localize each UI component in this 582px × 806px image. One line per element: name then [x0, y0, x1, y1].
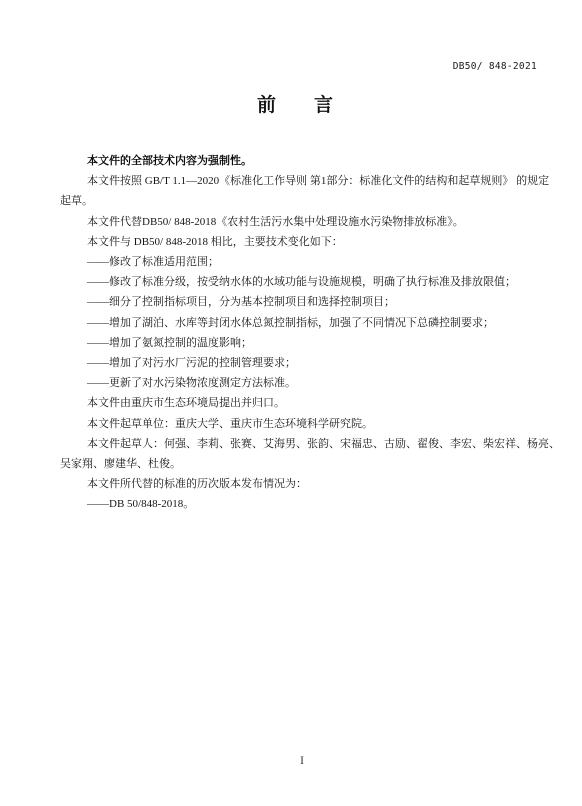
- document-page: DB50/ 848-2021 前 言 本文件的全部技术内容为强制性。 本文件按照…: [0, 0, 582, 806]
- foreword-line: ——修改了标准适用范围；: [60, 252, 540, 272]
- page-number: I: [0, 755, 582, 767]
- foreword-line: 本文件所代替的标准的历次版本发布情况为：: [60, 474, 540, 494]
- foreword-body: 本文件的全部技术内容为强制性。 本文件按照 GB/T 1.1—2020《标准化工…: [60, 151, 540, 515]
- foreword-line: 本文件代替DB50/ 848-2018《农村生活污水集中处理设施水污染物排放标准…: [60, 212, 540, 232]
- foreword-line: ——更新了对水污染物浓度测定方法标准。: [60, 373, 540, 393]
- foreword-line: 本文件由重庆市生态环境局提出并归口。: [60, 393, 540, 413]
- foreword-line: 本文件按照 GB/T 1.1—2020《标准化工作导则 第1部分：标准化文件的结…: [60, 171, 540, 191]
- foreword-line: 本文件起草单位：重庆大学、重庆市生态环境科学研究院。: [60, 414, 540, 434]
- foreword-line: ——修改了标准分级，按受纳水体的水域功能与设施规模，明确了执行标准及排放限值；: [60, 272, 540, 292]
- foreword-line: ——细分了控制指标项目，分为基本控制项目和选择控制项目；: [60, 292, 540, 312]
- foreword-line: 本文件起草人：何强、李莉、张赛、艾海男、张韵、宋福忠、古励、翟俊、李宏、柴宏祥、…: [60, 434, 540, 454]
- foreword-line: 本文件与 DB50/ 848-2018 相比，主要技术变化如下：: [60, 232, 540, 252]
- foreword-line: ——增加了湖泊、水库等封闭水体总氮控制指标，加强了不同情况下总磷控制要求；: [60, 313, 540, 333]
- page-title: 前 言: [0, 96, 582, 116]
- foreword-line: 起草。: [60, 191, 540, 211]
- foreword-line: 吴家翔、廖建华、杜俊。: [60, 454, 540, 474]
- foreword-line: ——DB 50/848-2018。: [60, 494, 540, 514]
- foreword-line: ——增加了对污水厂污泥的控制管理要求；: [60, 353, 540, 373]
- standard-code-header: DB50/ 848-2021: [0, 61, 537, 72]
- foreword-line: ——增加了氨氮控制的温度影响；: [60, 333, 540, 353]
- foreword-line: 本文件的全部技术内容为强制性。: [60, 151, 540, 171]
